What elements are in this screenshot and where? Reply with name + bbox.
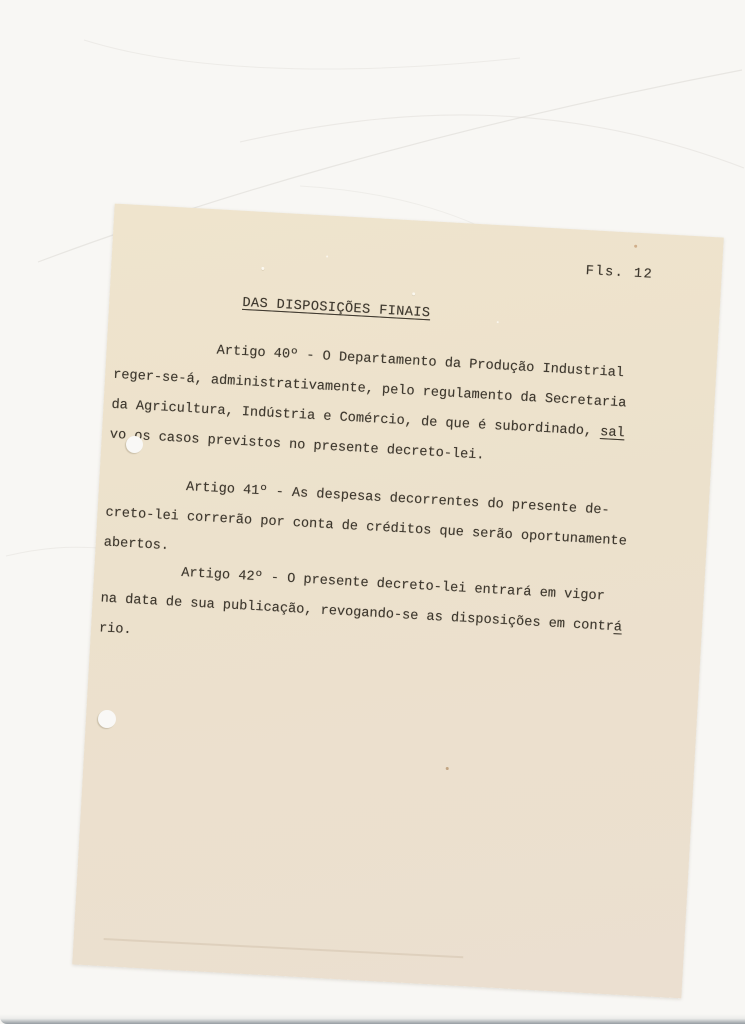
scanner-edge-shadow [0, 1014, 745, 1024]
paper-speck [326, 255, 328, 257]
document-body: Artigo 40º - O Departamento da Produção … [123, 204, 707, 237]
paragraph: Artigo 40º - O Departamento da Produção … [109, 331, 700, 483]
paper-sheet: Fls. 12 DAS DISPOSIÇÕES FINAIS Artigo 40… [72, 204, 724, 999]
paper-speck [634, 245, 637, 248]
folio-number: Fls. 12 [585, 264, 653, 284]
paper-speck [261, 267, 264, 270]
paper-speck [446, 767, 449, 770]
hole-punch-bottom [98, 710, 116, 728]
document-heading: DAS DISPOSIÇÕES FINAIS [242, 295, 431, 322]
scanner-background: Fls. 12 DAS DISPOSIÇÕES FINAIS Artigo 40… [0, 0, 745, 1024]
paper-crease [104, 938, 464, 958]
paper-speck [412, 292, 415, 295]
hole-punch-top [126, 436, 143, 453]
paper-speck [497, 321, 499, 323]
